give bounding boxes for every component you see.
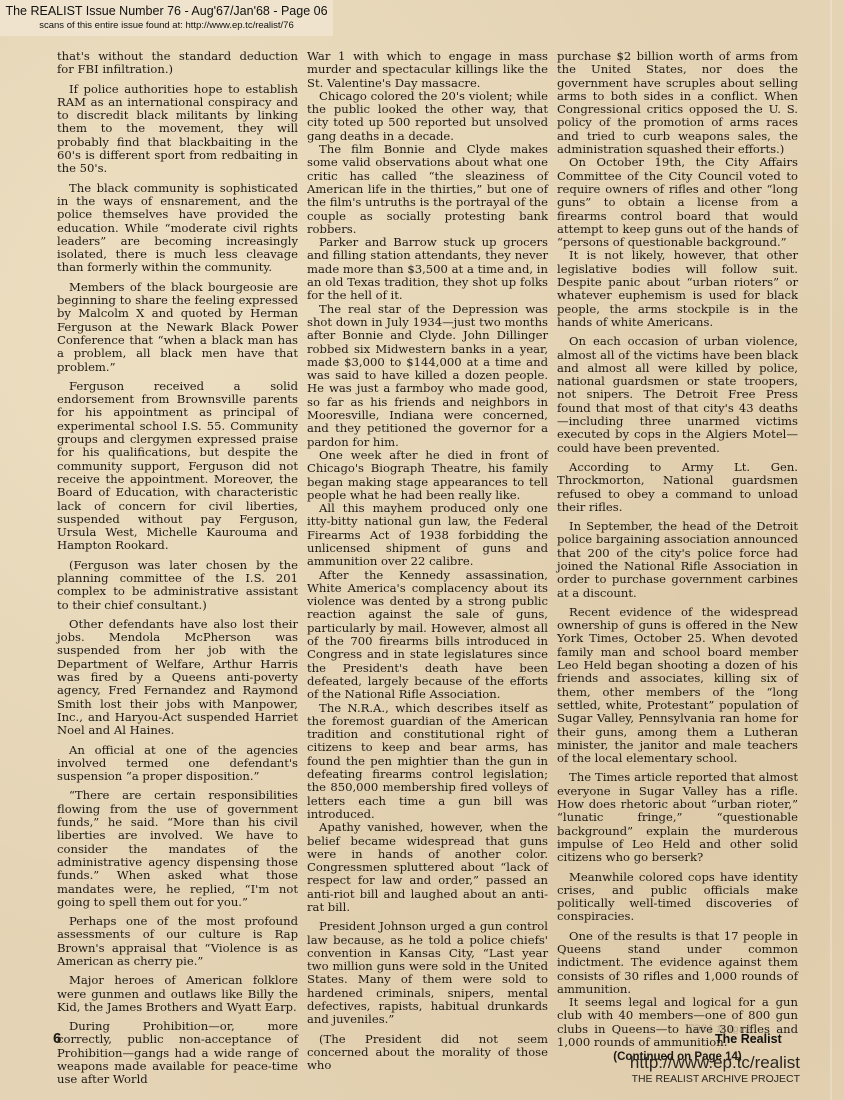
- paragraph: After the Kennedy assassination, White A…: [307, 569, 548, 702]
- paragraph: The film Bonnie and Clyde makes some val…: [307, 143, 548, 236]
- paragraph: Recent evidence of the widespread owners…: [557, 606, 798, 766]
- page-edge: [830, 0, 832, 1100]
- paragraph: Ferguson received a solid endorsement fr…: [57, 380, 298, 553]
- paragraph: Parker and Barrow stuck up grocers and f…: [307, 236, 548, 302]
- paragraph: One of the results is that 17 people in …: [557, 930, 798, 996]
- paragraph: An official at one of the agencies invol…: [57, 744, 298, 784]
- paragraph: War 1 with which to engage in mass murde…: [307, 50, 548, 90]
- paragraph: Perhaps one of the most profound assessm…: [57, 915, 298, 968]
- paragraph: Apathy vanished, however, when the belie…: [307, 821, 548, 914]
- paragraph: President Johnson urged a gun control la…: [307, 920, 548, 1026]
- masthead: The Realist: [715, 1032, 782, 1046]
- archive-project: THE REALIST ARCHIVE PROJECT: [600, 1073, 800, 1086]
- paragraph: The Times article reported that almost e…: [557, 771, 798, 864]
- article-column-3: purchase $2 billion worth of arms from t…: [557, 50, 798, 1065]
- banner-title: The REALIST Issue Number 76 - Aug'67/Jan…: [0, 0, 333, 20]
- banner-subtitle: scans of this entire issue found at: htt…: [0, 20, 333, 32]
- paragraph: (Ferguson was later chosen by the planni…: [57, 559, 298, 612]
- paragraph: During Prohibition—or, more correctly, p…: [57, 1020, 298, 1086]
- paragraph: that's without the standard deduction fo…: [57, 50, 298, 77]
- article-column-2: War 1 with which to engage in mass murde…: [307, 50, 548, 1079]
- paragraph: All this mayhem produced only one itty-b…: [307, 502, 548, 568]
- paragraph: Major heroes of American folklore were g…: [57, 974, 298, 1014]
- paragraph: Members of the black bourgeosie are begi…: [57, 281, 298, 374]
- paragraph: purchase $2 billion worth of arms from t…: [557, 50, 798, 156]
- paragraph: According to Army Lt. Gen. Throckmorton,…: [557, 461, 798, 514]
- paragraph: Chicago colored the 20's violent; while …: [307, 90, 548, 143]
- archive-footer: http://www.ep.tc/realist THE REALIST ARC…: [600, 1053, 800, 1086]
- paragraph: Other defendants have also lost their jo…: [57, 618, 298, 738]
- paragraph: On each occasion of urban violence, almo…: [557, 335, 798, 455]
- paragraph: Meanwhile colored cops have identity cri…: [557, 871, 798, 924]
- paragraph: The black community is sophisticated in …: [57, 182, 298, 275]
- page-number: 6: [53, 1030, 61, 1047]
- paragraph: In September, the head of the Detroit po…: [557, 520, 798, 600]
- paragraph: If police authorities hope to establish …: [57, 83, 298, 176]
- archive-url: http://www.ep.tc/realist: [600, 1053, 800, 1073]
- archive-banner: The REALIST Issue Number 76 - Aug'67/Jan…: [0, 0, 333, 36]
- paragraph: The real star of the Depression was shot…: [307, 303, 548, 449]
- article-column-1: that's without the standard deduction fo…: [57, 50, 298, 1093]
- paragraph: (The President did not seem concerned ab…: [307, 1033, 548, 1073]
- paragraph: The N.R.A., which describes itself as th…: [307, 702, 548, 822]
- paragraph: “There are certain responsibilities flow…: [57, 789, 298, 909]
- paragraph: On October 19th, the City Affairs Commit…: [557, 156, 798, 249]
- paragraph: One week after he died in front of Chica…: [307, 449, 548, 502]
- paragraph: It is not likely, however, that other le…: [557, 249, 798, 329]
